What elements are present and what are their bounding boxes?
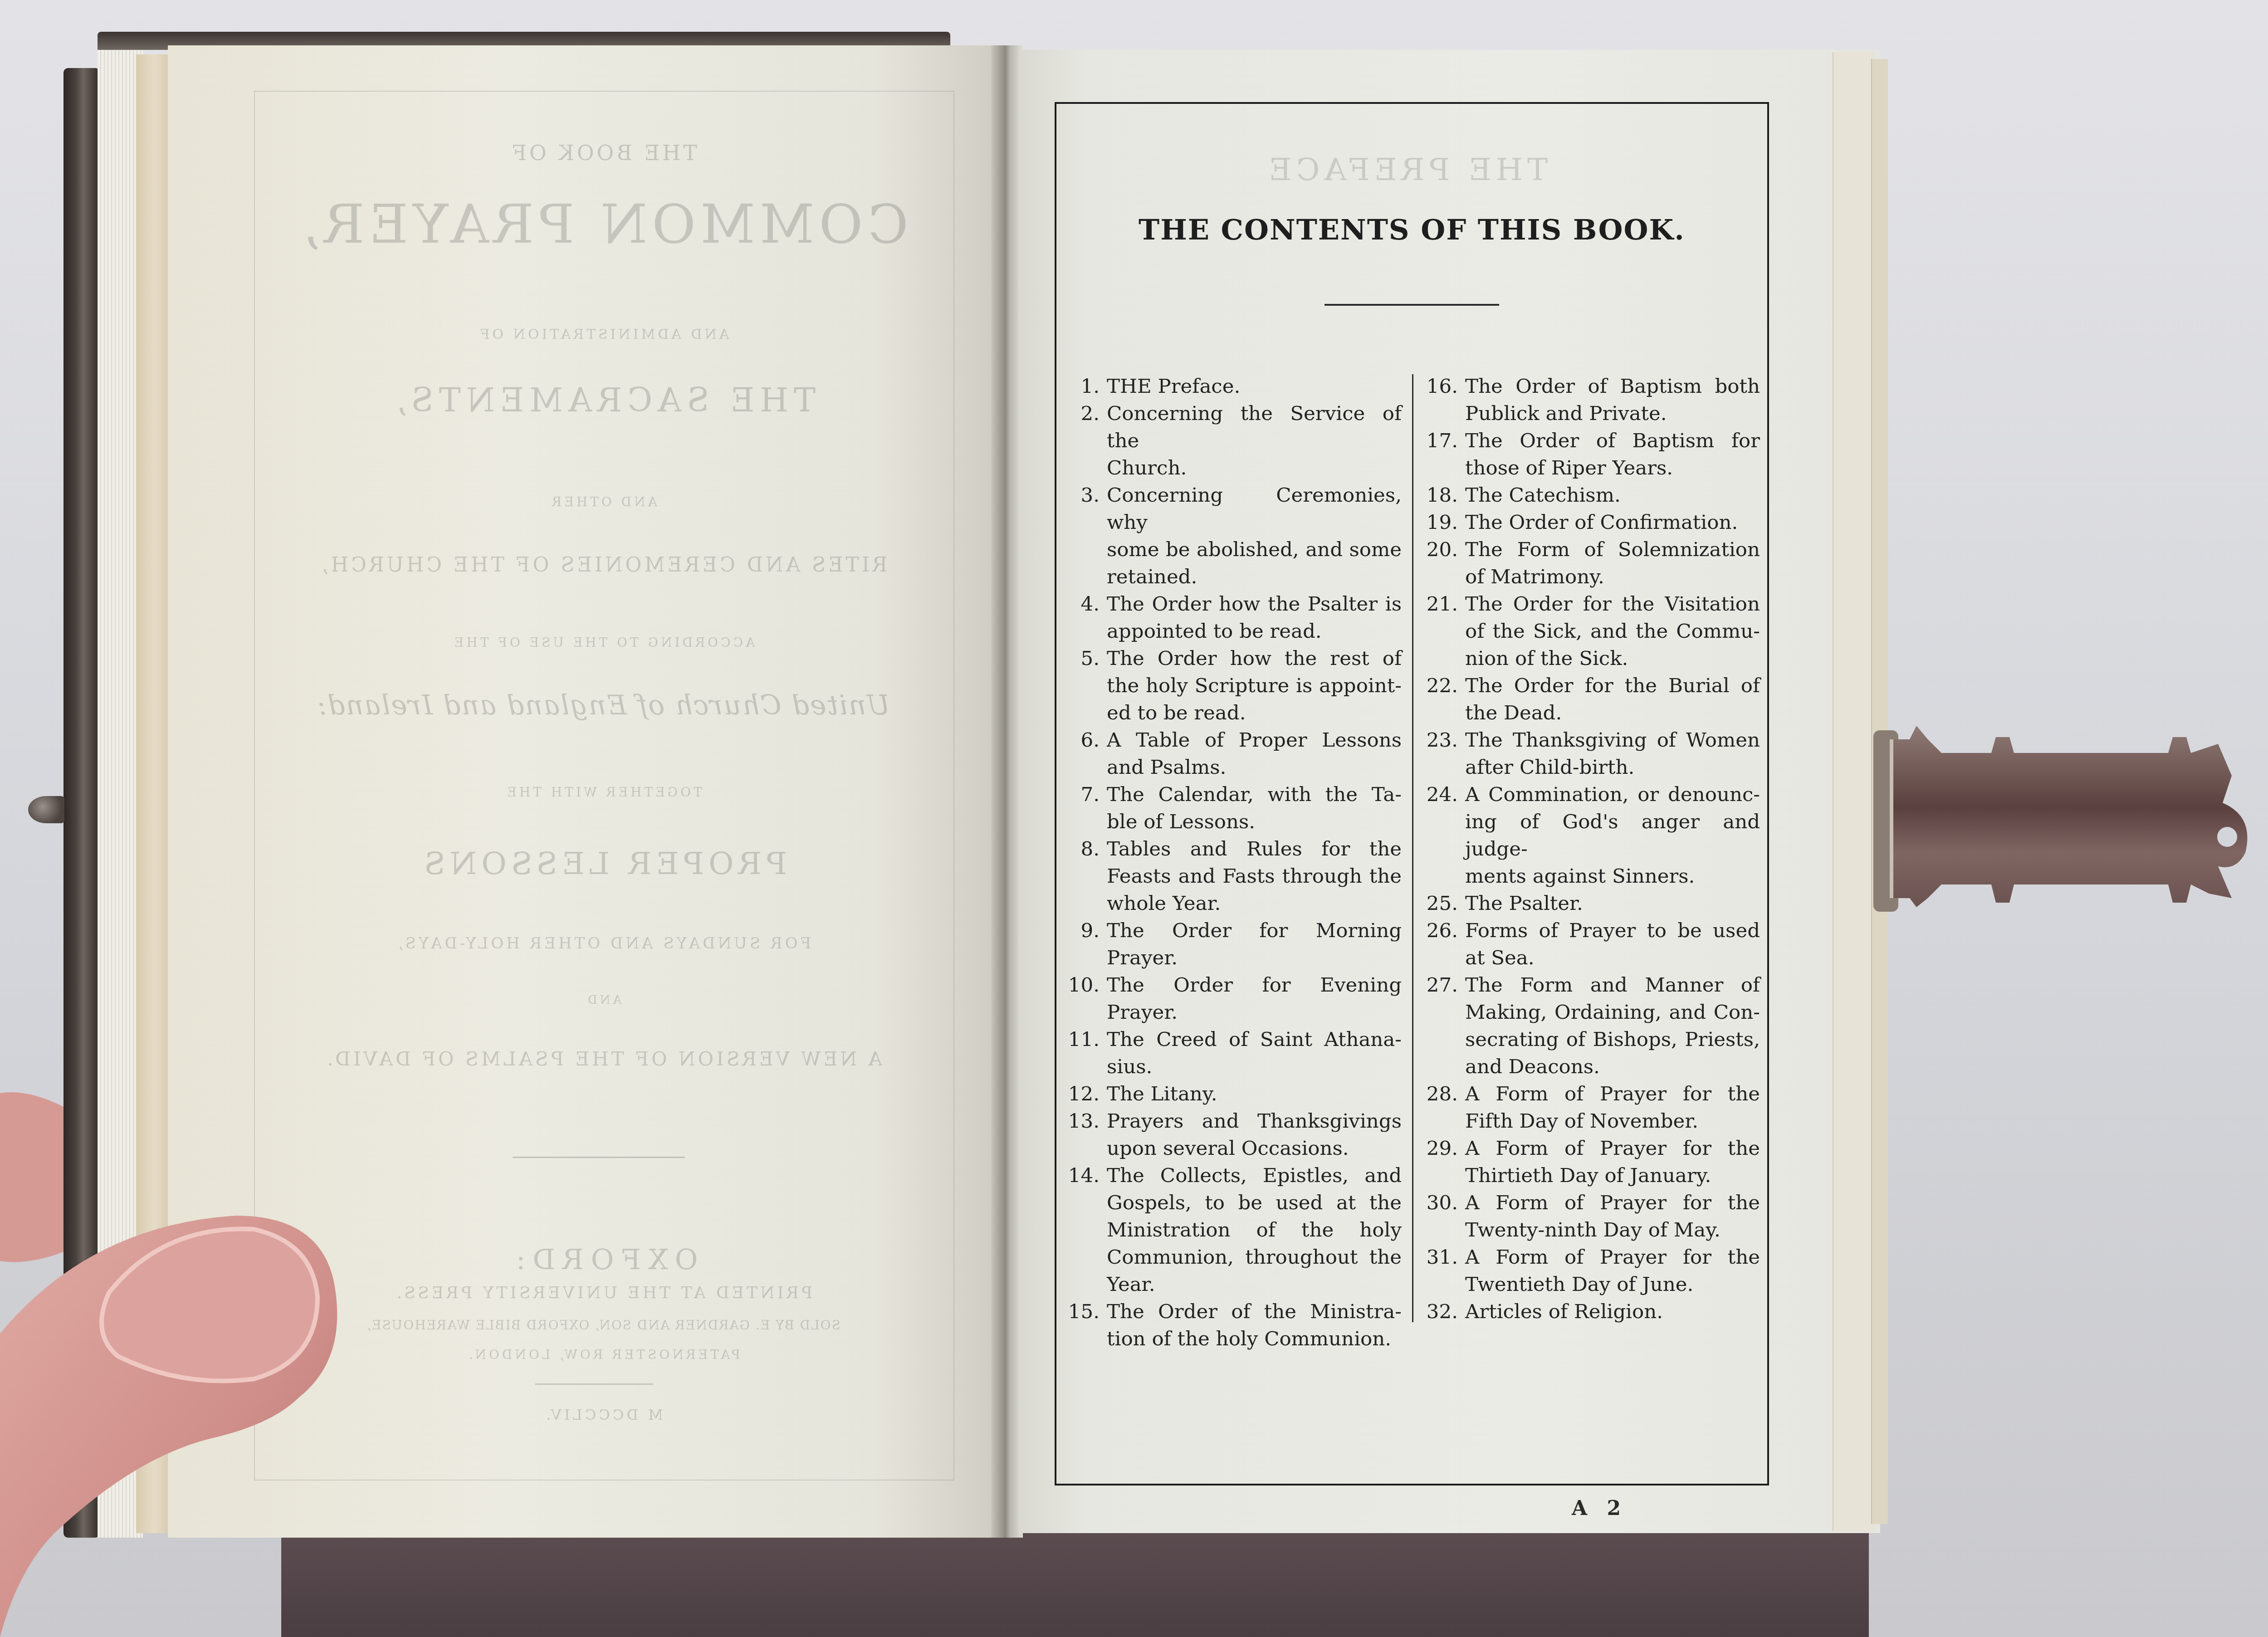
clasp-knob-icon	[28, 796, 64, 823]
contents-entry: 18.The Catechism.	[1424, 482, 1760, 509]
contents-entry: 28.A Form of Prayer for theFifth Day of …	[1424, 1080, 1760, 1135]
entry-text: The Order how the rest ofthe holy Script…	[1107, 645, 1402, 727]
entry-text: The Order of Baptism forthose of Riper Y…	[1465, 427, 1760, 482]
contents-entry: 3.Concerning Ceremonies, whysome be abol…	[1066, 482, 1402, 591]
entry-number: 18.	[1424, 482, 1465, 509]
entry-number: 32.	[1424, 1298, 1465, 1325]
contents-entry: 10.The Order for EveningPrayer.	[1066, 972, 1402, 1026]
entry-text: The Calendar, with the Ta-ble of Lessons…	[1107, 781, 1402, 836]
entry-number: 17.	[1424, 427, 1465, 482]
entry-number: 23.	[1424, 727, 1465, 781]
showthrough-line: THE BOOK OF	[254, 141, 953, 165]
contents-entry: 4.The Order how the Psalter isappointed …	[1066, 591, 1402, 645]
contents-entry: 8.Tables and Rules for theFeasts and Fas…	[1066, 836, 1402, 917]
contents-entry: 13.Prayers and Thanksgivingsupon several…	[1066, 1108, 1402, 1162]
entry-text: Tables and Rules for theFeasts and Fasts…	[1107, 836, 1402, 917]
entry-text: The Order for MorningPrayer.	[1107, 917, 1402, 972]
contents-column-right: 16.The Order of Baptism bothPublick and …	[1424, 373, 1760, 1325]
entry-text: A Form of Prayer for theFifth Day of Nov…	[1465, 1080, 1760, 1135]
showthrough-line: AND ADMINISTRATION OF	[254, 327, 953, 342]
contents-entry: 19.The Order of Confirmation.	[1424, 509, 1760, 536]
entry-number: 30.	[1424, 1189, 1465, 1244]
title-page-showthrough: THE BOOK OF COMMON PRAYER, AND ADMINISTR…	[254, 91, 953, 1479]
contents-entry: 7.The Calendar, with the Ta-ble of Lesso…	[1066, 781, 1402, 836]
entry-text: THE Preface.	[1107, 373, 1402, 400]
contents-entry: 17.The Order of Baptism forthose of Ripe…	[1424, 427, 1760, 482]
showthrough-line: COMMON PRAYER,	[254, 193, 953, 255]
contents-entry: 21.The Order for the Visitationof the Si…	[1424, 591, 1760, 672]
showthrough-line: United Church of England and Ireland:	[254, 689, 953, 721]
entry-number: 12.	[1066, 1080, 1107, 1108]
showthrough-line: FOR SUNDAYS AND OTHER HOLY-DAYS,	[254, 934, 953, 953]
entry-text: A Form of Prayer for theTwentieth Day of…	[1465, 1244, 1760, 1298]
showthrough-rule	[513, 1157, 685, 1158]
entry-text: The Order for the Burial ofthe Dead.	[1465, 672, 1760, 727]
page-title: THE CONTENTS OF THIS BOOK.	[1055, 213, 1769, 246]
showthrough-line: AND	[254, 993, 953, 1007]
entry-number: 25.	[1424, 890, 1465, 917]
entry-text: The Order of Baptism bothPublick and Pri…	[1465, 373, 1760, 427]
entry-text: The Creed of Saint Athana-sius.	[1107, 1026, 1402, 1080]
entry-number: 19.	[1424, 509, 1465, 536]
showthrough-line: A NEW VERSION OF THE PSALMS OF DAVID.	[254, 1048, 953, 1070]
entry-number: 11.	[1066, 1026, 1107, 1080]
showthrough-line: ACCORDING TO THE USE OF THE	[254, 635, 953, 650]
contents-column-left: 1.THE Preface.2.Concerning the Service o…	[1066, 373, 1402, 1353]
entry-text: The Order of Confirmation.	[1465, 509, 1760, 536]
contents-entry: 2.Concerning the Service of theChurch.	[1066, 400, 1402, 482]
entry-number: 28.	[1424, 1080, 1465, 1135]
contents-entry: 25.The Psalter.	[1424, 890, 1760, 917]
column-divider	[1412, 374, 1413, 1322]
contents-entry: 30.A Form of Prayer for theTwenty-ninth …	[1424, 1189, 1760, 1244]
contents-entry: 6.A Table of Proper Lessonsand Psalms.	[1066, 727, 1402, 781]
entry-number: 20.	[1424, 536, 1465, 591]
contents-entry: 9.The Order for MorningPrayer.	[1066, 917, 1402, 972]
contents-entry: 16.The Order of Baptism bothPublick and …	[1424, 373, 1760, 427]
entry-number: 21.	[1424, 591, 1465, 672]
entry-number: 5.	[1066, 645, 1107, 727]
showthrough-line: TOGETHER WITH THE	[254, 785, 953, 800]
entry-text: Prayers and Thanksgivingsupon several Oc…	[1107, 1108, 1402, 1162]
showthrough-line: SOLD BY E. GARDNER AND SON, OXFORD BIBLE…	[254, 1318, 953, 1333]
entry-text: Forms of Prayer to be usedat Sea.	[1465, 917, 1760, 972]
entry-text: The Collects, Epistles, andGospels, to b…	[1107, 1162, 1402, 1298]
contents-entry: 23.The Thanksgiving of Womenafter Child-…	[1424, 727, 1760, 781]
contents-entry: 26.Forms of Prayer to be usedat Sea.	[1424, 917, 1760, 972]
entry-number: 9.	[1066, 917, 1107, 972]
entry-text: Concerning Ceremonies, whysome be abolis…	[1107, 482, 1402, 591]
entry-text: The Order for EveningPrayer.	[1107, 972, 1402, 1026]
showthrough-line: PRINTED AT THE UNIVERSITY PRESS.	[254, 1284, 953, 1302]
entry-number: 16.	[1424, 373, 1465, 427]
contents-entry: 1.THE Preface.	[1066, 373, 1402, 400]
entry-text: A Commination, or denounc-ing of God's a…	[1465, 781, 1760, 890]
entry-number: 10.	[1066, 972, 1107, 1026]
showthrough-line: THE SACRAMENTS,	[254, 381, 953, 419]
contents-entry: 12.The Litany.	[1066, 1080, 1402, 1108]
entry-number: 24.	[1424, 781, 1465, 890]
entry-text: Concerning the Service of theChurch.	[1107, 400, 1402, 482]
entry-number: 4.	[1066, 591, 1107, 645]
table-shadow	[281, 1533, 1869, 1637]
metal-clasp-icon	[1873, 721, 2250, 916]
contents-entry: 29.A Form of Prayer for theThirtieth Day…	[1424, 1135, 1760, 1189]
contents-entry: 32.Articles of Religion.	[1424, 1298, 1760, 1325]
entry-number: 6.	[1066, 727, 1107, 781]
entry-number: 26.	[1424, 917, 1465, 972]
page-edge	[1833, 52, 1874, 1531]
entry-text: The Order for the Visitationof the Sick,…	[1465, 591, 1760, 672]
showthrough-line: OXFORD:	[254, 1243, 953, 1276]
entry-text: The Catechism.	[1465, 482, 1760, 509]
entry-text: A Table of Proper Lessonsand Psalms.	[1107, 727, 1402, 781]
entry-text: A Form of Prayer for theThirtieth Day of…	[1465, 1135, 1760, 1189]
entry-text: The Psalter.	[1465, 890, 1760, 917]
showthrough-line: PATERNOSTER ROW, LONDON.	[254, 1347, 953, 1362]
entry-number: 22.	[1424, 672, 1465, 727]
entry-number: 3.	[1066, 482, 1107, 591]
contents-entry: 15.The Order of the Ministra-tion of the…	[1066, 1298, 1402, 1353]
entry-number: 15.	[1066, 1298, 1107, 1353]
entry-text: The Order of the Ministra-tion of the ho…	[1107, 1298, 1402, 1353]
entry-text: The Thanksgiving of Womenafter Child-bir…	[1465, 727, 1760, 781]
entry-text: The Form and Manner ofMaking, Ordaining,…	[1465, 972, 1760, 1080]
showthrough-line: RITES AND CEREMONIES OF THE CHURCH,	[254, 553, 953, 577]
contents-entry: 14.The Collects, Epistles, andGospels, t…	[1066, 1162, 1402, 1298]
contents-entry: 24.A Commination, or denounc-ing of God'…	[1424, 781, 1760, 890]
entry-number: 13.	[1066, 1108, 1107, 1162]
showthrough-line: PROPER LESSONS	[254, 846, 953, 882]
entry-text: The Form of Solemnizationof Matrimony.	[1465, 536, 1760, 591]
entry-number: 2.	[1066, 400, 1107, 482]
entry-text: Articles of Religion.	[1465, 1298, 1760, 1325]
contents-entry: 20.The Form of Solemnizationof Matrimony…	[1424, 536, 1760, 591]
contents-entry: 11.The Creed of Saint Athana-sius.	[1066, 1026, 1402, 1080]
entry-number: 14.	[1066, 1162, 1107, 1298]
contents-entry: 5.The Order how the rest ofthe holy Scri…	[1066, 645, 1402, 727]
contents-entry: 22.The Order for the Burial ofthe Dead.	[1424, 672, 1760, 727]
title-rule	[1325, 304, 1499, 306]
entry-number: 31.	[1424, 1244, 1465, 1298]
entry-number: 27.	[1424, 972, 1465, 1080]
thumb	[0, 1080, 345, 1637]
showthrough-rule	[535, 1383, 653, 1385]
showthrough-line: AND OTHER	[254, 494, 953, 509]
entry-text: The Litany.	[1107, 1080, 1402, 1108]
entry-number: 8.	[1066, 836, 1107, 917]
entry-text: The Order how the Psalter isappointed to…	[1107, 591, 1402, 645]
entry-number: 7.	[1066, 781, 1107, 836]
signature-mark: A 2	[1572, 1497, 1627, 1520]
contents-entry: 31.A Form of Prayer for theTwentieth Day…	[1424, 1244, 1760, 1298]
contents-entry: 27.The Form and Manner ofMaking, Ordaini…	[1424, 972, 1760, 1080]
entry-number: 29.	[1424, 1135, 1465, 1189]
showthrough-line: M DCCCLIV.	[254, 1406, 953, 1423]
entry-number: 1.	[1066, 373, 1107, 400]
entry-text: A Form of Prayer for theTwenty-ninth Day…	[1465, 1189, 1760, 1244]
